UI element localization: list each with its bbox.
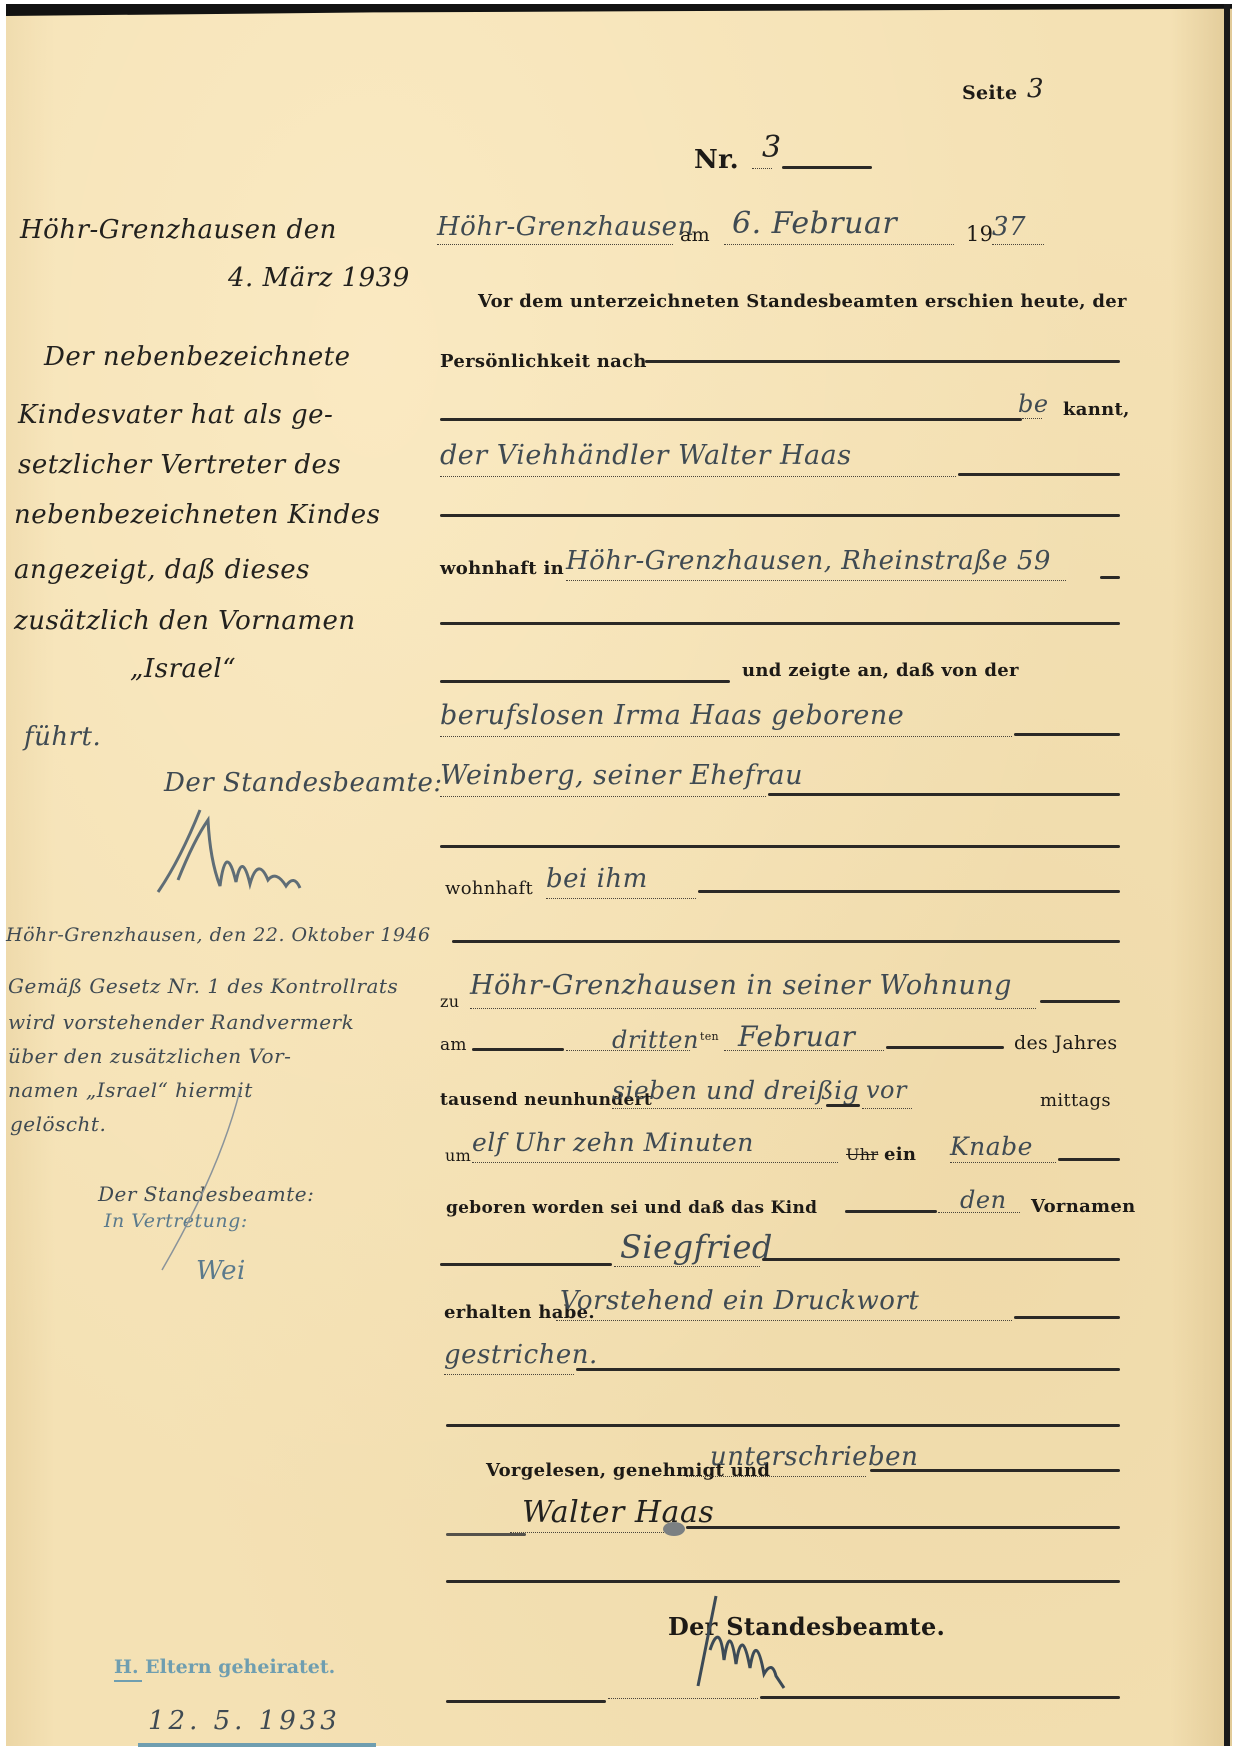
residence-label-2: wohnhaft <box>445 878 533 899</box>
margin2-place-date: Höhr-Grenzhausen, den 22. Oktober 1946 <box>6 924 431 946</box>
margin1-line-3: setzlicher Vertreter des <box>18 450 341 480</box>
form-rule <box>762 1258 1120 1261</box>
form-rule <box>1058 1158 1120 1161</box>
residence-2-dots <box>546 898 696 899</box>
page-right-edge <box>1224 4 1230 1746</box>
margin1-quoted-name: „Israel“ <box>130 654 236 684</box>
child-sex-dots <box>950 1162 1056 1163</box>
margin1-line-4: nebenbezeichneten Kindes <box>14 500 380 530</box>
birth-time: elf Uhr zehn Minuten <box>472 1128 754 1157</box>
informant-name: der Viehhändler Walter Haas <box>440 440 852 471</box>
record-dots <box>752 168 772 169</box>
birth-day-dots <box>566 1050 690 1051</box>
known-dots <box>1022 418 1042 419</box>
place-dots <box>437 244 673 245</box>
ein-label: ein <box>884 1144 916 1165</box>
residence-2: bei ihm <box>546 864 648 894</box>
announced-label: und zeigte an, daß von der <box>742 660 1019 681</box>
signed-dots <box>686 1476 866 1477</box>
form-rule <box>1040 1000 1120 1003</box>
margin2-line-2: wird vorstehender Randvermerk <box>8 1010 354 1034</box>
forename-label: Vornamen <box>1031 1196 1136 1217</box>
informant-dots <box>440 476 956 477</box>
forename-dots <box>614 1266 760 1267</box>
residence-label-1: wohnhaft in <box>440 558 564 579</box>
margin1-signoff: Der Standesbeamte: <box>164 768 443 798</box>
margin2-strike-icon <box>150 1080 250 1280</box>
name-article: den <box>960 1186 1007 1214</box>
informant-signature: Walter Haas <box>522 1495 714 1530</box>
mother-dots-1 <box>440 736 1012 737</box>
signed-word: unterschrieben <box>710 1442 918 1472</box>
margin1-date: 4. März 1939 <box>228 263 410 293</box>
birthplace-dots <box>470 1008 1036 1009</box>
intro-text: Vor dem unterzeichneten Standesbeamten e… <box>478 291 1127 312</box>
margin2-line-1: Gemäß Gesetz Nr. 1 des Kontrollrats <box>8 974 398 998</box>
form-rule <box>440 845 1120 848</box>
year-suffix: 37 <box>992 212 1026 242</box>
form-rule <box>686 1526 1120 1529</box>
year-label: des Jahres <box>1014 1032 1117 1054</box>
form-rule <box>440 418 1022 421</box>
margin1-line-2: Kindesvater hat als ge- <box>18 400 333 430</box>
personality-label: Persönlichkeit nach <box>440 351 647 372</box>
margin2-line-3: über den zusätzlichen Vor- <box>8 1044 291 1068</box>
form-rule <box>440 514 1120 517</box>
form-rule <box>1100 576 1120 579</box>
marriage-date-underline <box>138 1743 376 1747</box>
form-rule <box>446 1533 526 1536</box>
margin1-line-1: Der nebenbezeichnete <box>44 342 351 372</box>
uhr-struck: Uhr <box>846 1145 878 1164</box>
year-prefix: 19 <box>966 222 993 246</box>
forename: Siegfried <box>620 1228 773 1266</box>
record-rule <box>782 166 872 169</box>
residence-1: Höhr-Grenzhausen, Rheinstraße 59 <box>566 546 1051 576</box>
form-rule <box>698 890 1120 893</box>
registration-place: Höhr-Grenzhausen <box>437 212 695 242</box>
child-sex: Knabe <box>950 1132 1033 1161</box>
margin1-place: Höhr-Grenzhausen den <box>20 215 337 245</box>
birth-year-dots <box>612 1108 822 1109</box>
birth-day-suffix: ten <box>700 1030 719 1043</box>
marriage-date: 12. 5. 1933 <box>148 1706 341 1736</box>
birthplace-label: zu <box>440 992 459 1011</box>
registrar-signature-icon <box>680 1590 800 1710</box>
form-rule <box>446 1424 1120 1427</box>
form-rule <box>440 622 1120 625</box>
form-rule <box>826 1104 860 1107</box>
form-rule <box>446 1700 606 1703</box>
margin1-signature-icon <box>150 800 350 900</box>
margin2-line-5: gelöscht. <box>10 1112 106 1136</box>
form-rule <box>760 1696 1120 1699</box>
form-rule <box>645 360 1120 363</box>
form-rule <box>472 1048 564 1051</box>
date-dots <box>724 244 954 245</box>
registration-date: 6. Februar <box>732 206 897 241</box>
year-dots <box>992 244 1044 245</box>
note-line-1: Vorstehend ein Druckwort <box>560 1286 919 1316</box>
meridiem-dots <box>862 1108 912 1109</box>
form-rule <box>870 1469 1120 1472</box>
form-rule <box>446 1580 1120 1583</box>
ink-blot <box>663 1522 685 1536</box>
birth-year-words: sieben und dreißig <box>612 1076 859 1105</box>
meridiem-prefix: vor <box>866 1076 907 1104</box>
registrar-dots <box>608 1698 758 1699</box>
name-article-dots <box>938 1212 1020 1213</box>
margin1-line-5: angezeigt, daß dieses <box>14 555 310 585</box>
stamp-underline <box>114 1680 142 1682</box>
form-rule <box>768 793 1120 796</box>
birth-am-label: am <box>440 1035 467 1055</box>
informant-signature-dots <box>510 1532 680 1533</box>
margin1-last-word: führt. <box>24 722 101 752</box>
mother-line-1: berufslosen Irma Haas geborene <box>440 700 904 731</box>
born-text: geboren worden sei und daß das Kind <box>446 1198 817 1218</box>
um-label: um <box>445 1146 471 1165</box>
am-label: am <box>680 224 710 246</box>
meridiem-label: mittags <box>1040 1090 1111 1111</box>
note-dots-2 <box>444 1374 574 1375</box>
note-line-2: gestrichen. <box>444 1340 598 1370</box>
form-rule <box>452 940 1120 943</box>
record-number: 3 <box>762 130 782 165</box>
birthplace: Höhr-Grenzhausen in seiner Wohnung <box>470 970 1012 1001</box>
mother-line-2: Weinberg, seiner Ehefrau <box>440 760 803 791</box>
mother-dots-2 <box>440 796 766 797</box>
form-rule <box>440 680 730 683</box>
note-dots-1 <box>556 1320 1012 1321</box>
margin1-line-6: zusätzlich den Vornamen <box>14 606 356 636</box>
record-label: Nr. <box>694 145 739 175</box>
page-number: 3 <box>1027 74 1044 104</box>
known-label: kannt, <box>1063 399 1130 420</box>
form-rule <box>440 1263 612 1266</box>
form-rule <box>958 473 1120 476</box>
birth-month-dots <box>724 1050 884 1051</box>
known-prefix: be <box>1018 390 1049 418</box>
page-label: Seite <box>962 82 1017 104</box>
birth-month: Februar <box>738 1020 855 1053</box>
form-rule <box>576 1368 1120 1371</box>
birth-time-dots <box>472 1162 838 1163</box>
parents-married-stamp: H. Eltern geheiratet. <box>114 1656 335 1678</box>
form-rule <box>1014 733 1120 736</box>
form-rule <box>1014 1316 1120 1319</box>
residence-dots <box>566 580 1066 581</box>
form-rule <box>845 1210 937 1213</box>
form-rule <box>886 1046 1004 1049</box>
